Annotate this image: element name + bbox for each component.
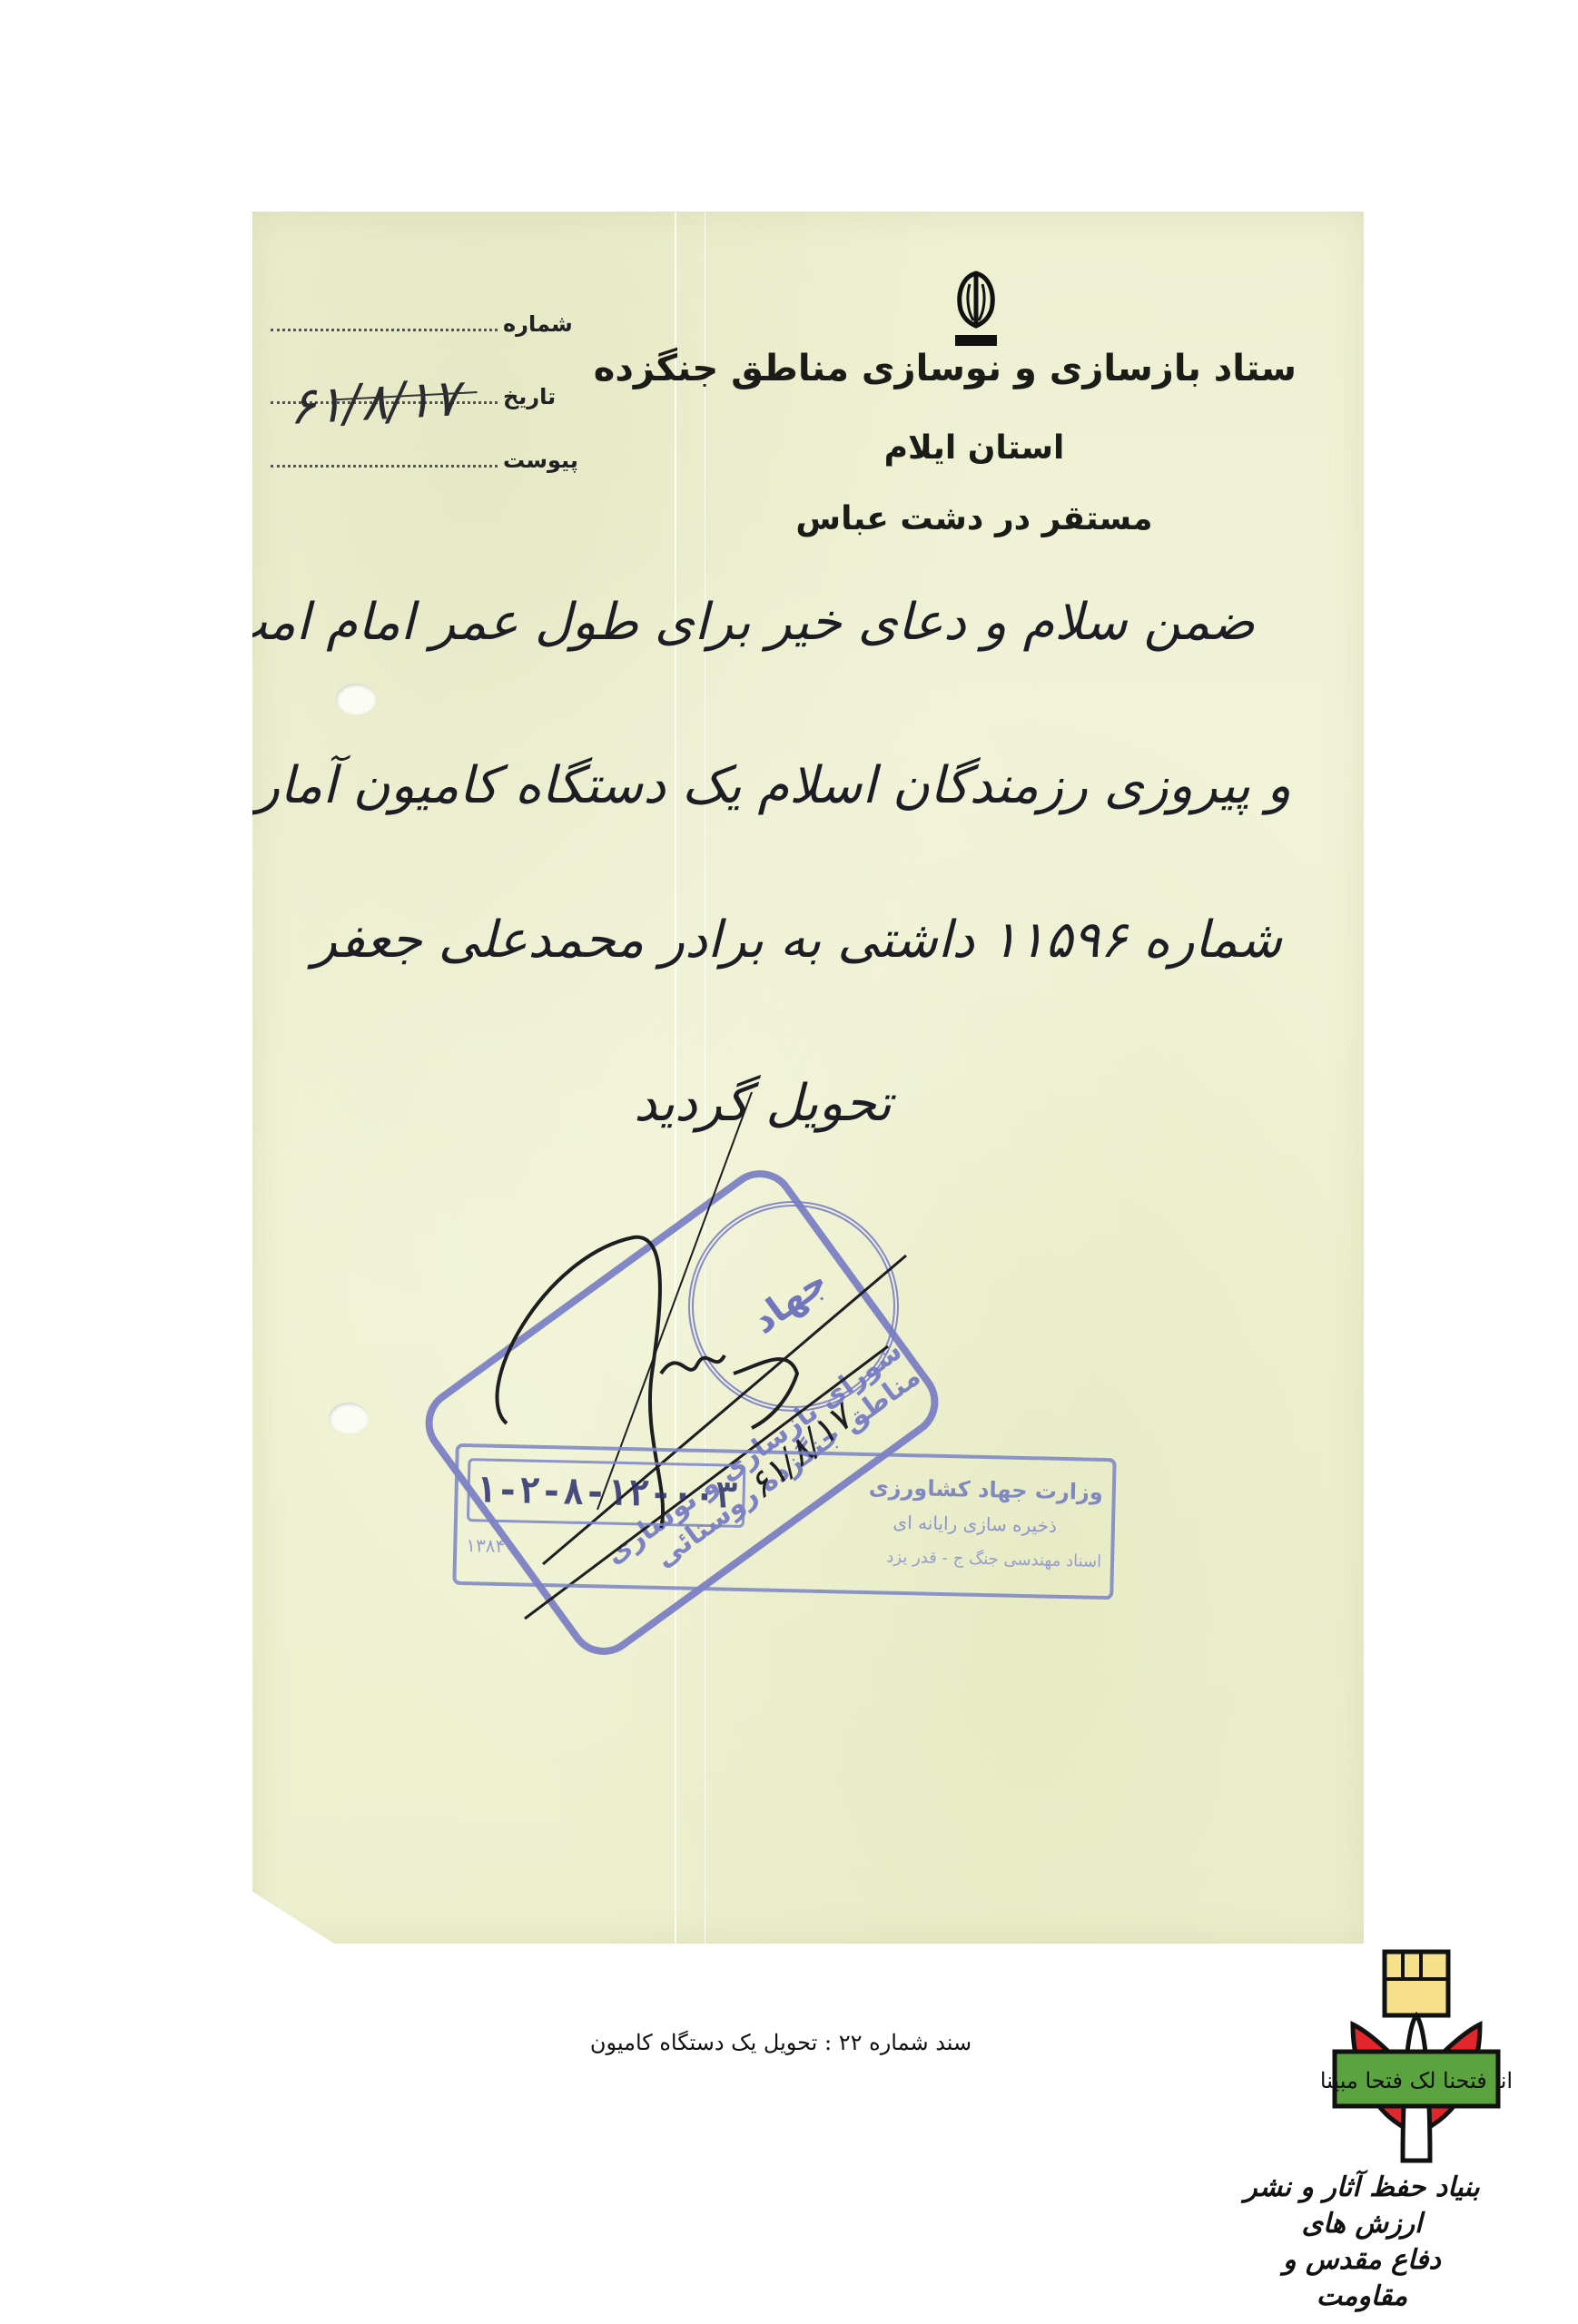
iran-emblem-icon: [944, 266, 1008, 357]
ministry-name: وزارت جهاد کشاورزی: [869, 1474, 1104, 1505]
date-label: تاریخ: [503, 384, 556, 409]
archive-code: ۱-۲-۸-۱۲-۰۰۳: [467, 1458, 746, 1528]
handwritten-line: و پیروزی رزمندگان اسلام یک دستگاه کامیون…: [255, 756, 1291, 815]
scanned-document: ستاد بازسازی و نوسازی مناطق جنگزده استان…: [252, 212, 1364, 1944]
number-line: [271, 329, 498, 331]
handwritten-line: ضمن سلام و دعای خیر برای طول عمر امام ام…: [219, 593, 1255, 652]
base-location: مستقر در دشت عباس: [761, 500, 1188, 537]
province-name: استان ایلام: [761, 429, 1188, 467]
publisher-name-line2: دفاع مقدس و مقاومت: [1235, 2242, 1489, 2315]
fist-flower-banner-logo: انا فتحنا لک فتحا مبینا: [1317, 1943, 1516, 2179]
archive-stamp: ۱-۲-۸-۱۲-۰۰۳ وزارت جهاد کشاورزی ذخیره سا…: [452, 1443, 1116, 1600]
document-caption: سند شماره ۲۲ : تحویل یک دستگاه کامیون: [508, 2030, 1053, 2055]
archive-name: اسناد مهندسی جنگ ج - قدر یزد: [886, 1548, 1101, 1571]
archive-unit: ذخیره سازی رایانه ای: [893, 1512, 1057, 1537]
archive-year: ۱۳۸۴: [466, 1534, 506, 1557]
number-field: شماره: [271, 311, 573, 337]
punch-hole: [336, 684, 376, 714]
publisher-name-line1: بنیاد حفظ آثار و نشر ارزش های: [1235, 2170, 1489, 2242]
handwritten-date: ۶۱/۸/۱۷: [287, 369, 460, 437]
attachment-line: [271, 465, 498, 468]
number-label: شماره: [503, 311, 573, 337]
attachment-label: پیوست: [503, 448, 578, 473]
logo-banner-text: انا فتحنا لک فتحا مبینا: [1320, 2068, 1513, 2093]
handwritten-line: شماره ۱۱۵۹۶ داشتی به برادر محمدعلی جعفر: [312, 911, 1282, 970]
organization-title: ستاد بازسازی و نوسازی مناطق جنگزده: [652, 348, 1297, 389]
publisher-name: بنیاد حفظ آثار و نشر ارزش های دفاع مقدس …: [1235, 2170, 1489, 2315]
attachment-field: پیوست: [271, 448, 578, 473]
